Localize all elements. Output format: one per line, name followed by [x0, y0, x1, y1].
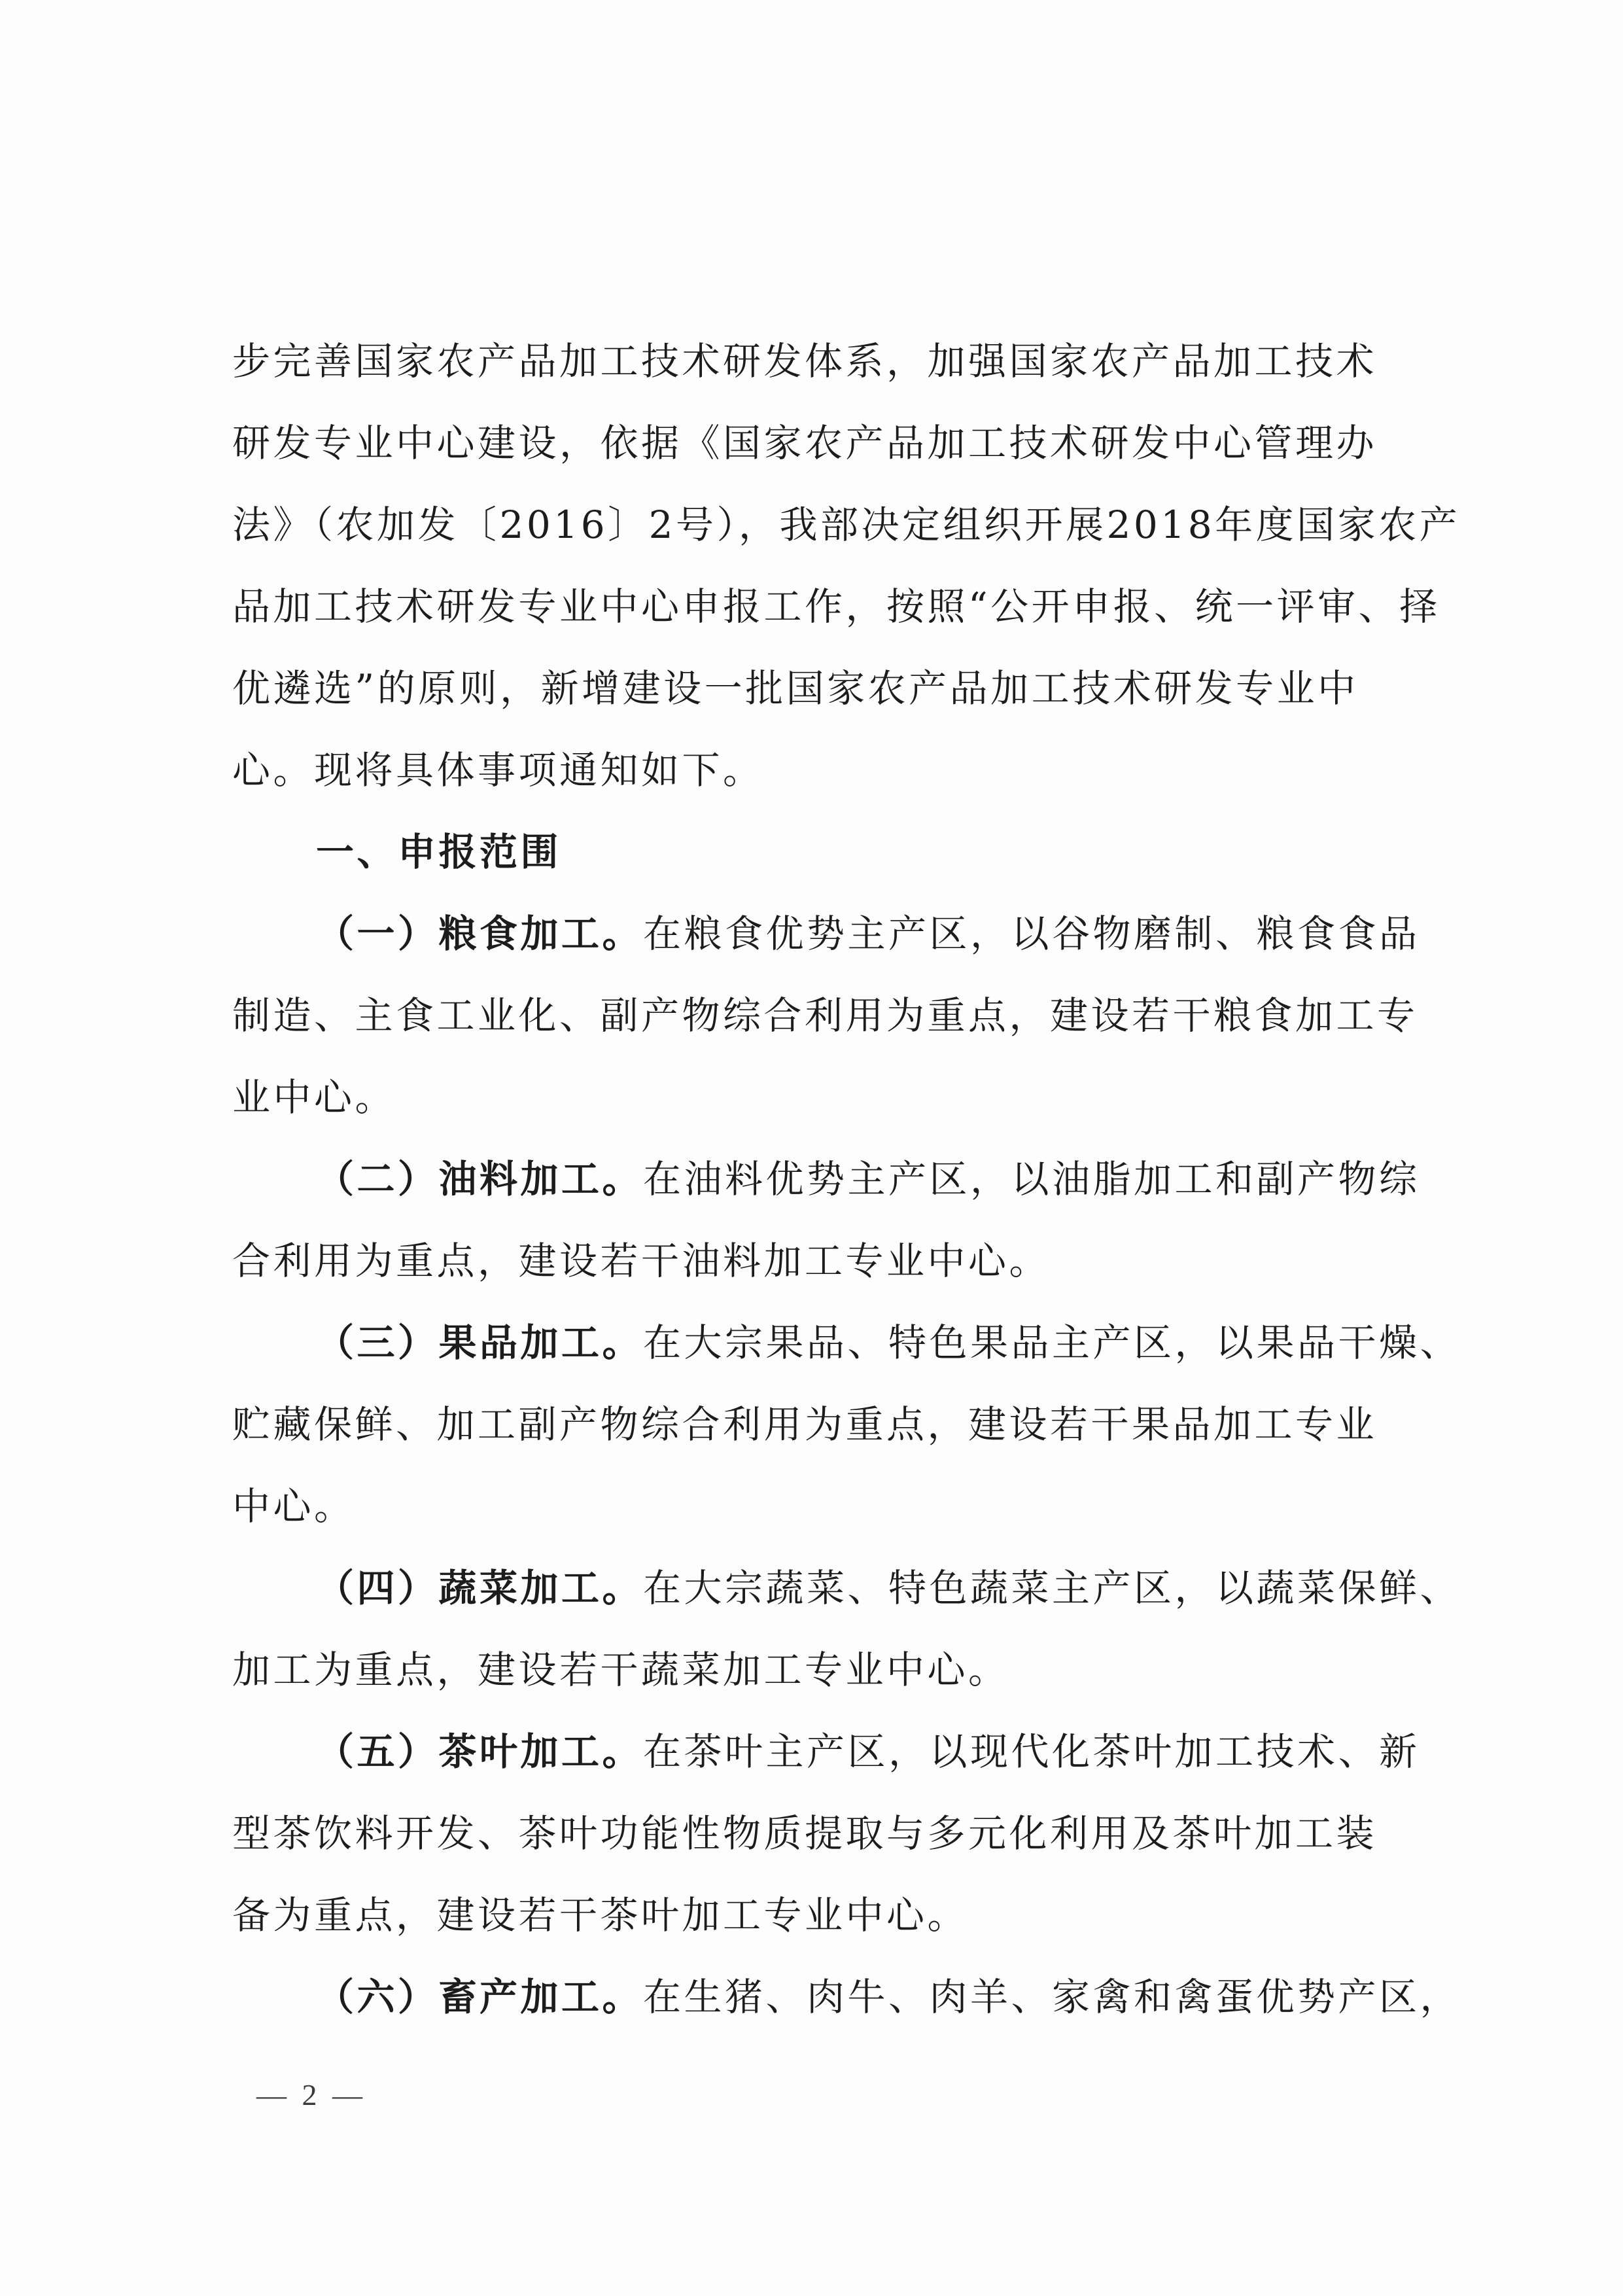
- item-text: 在茶叶主产区，以现代化茶叶加工技术、新: [643, 1729, 1420, 1774]
- item-label: （一）粮食加工。: [316, 911, 643, 956]
- item-text: 在粮食优势主产区，以谷物磨制、粮食食品: [643, 911, 1420, 956]
- list-item-fruit: （三）果品加工。在大宗果品、特色果品主产区，以果品干燥、: [232, 1302, 1390, 1384]
- item-continuation: 合利用为重点，建设若干油料加工专业中心。: [232, 1220, 1390, 1302]
- item-label: （四）蔬菜加工。: [316, 1566, 643, 1610]
- page-number: — 2 —: [256, 2077, 366, 2112]
- section-heading: 一、申报范围: [232, 811, 1390, 893]
- paragraph-line: 心。现将具体事项通知如下。: [232, 730, 1390, 811]
- item-text: 在油料优势主产区，以油脂加工和副产物综: [643, 1157, 1420, 1201]
- item-label: （三）果品加工。: [316, 1320, 643, 1365]
- item-continuation: 制造、主食工业化、副产物综合利用为重点，建设若干粮食加工专: [232, 975, 1390, 1057]
- item-label: （五）茶叶加工。: [316, 1729, 643, 1774]
- item-label: （二）油料加工。: [316, 1157, 643, 1201]
- item-continuation: 加工为重点，建设若干蔬菜加工专业中心。: [232, 1629, 1390, 1711]
- item-continuation: 型茶饮料开发、茶叶功能性物质提取与多元化利用及茶叶加工装: [232, 1793, 1390, 1875]
- list-item-oil: （二）油料加工。在油料优势主产区，以油脂加工和副产物综: [232, 1139, 1390, 1220]
- item-continuation: 备为重点，建设若干茶叶加工专业中心。: [232, 1875, 1390, 1956]
- paragraph-line: 法》（农加发〔2016〕2号），我部决定组织开展2018年度国家农产: [232, 484, 1390, 566]
- item-text: 在大宗蔬菜、特色蔬菜主产区，以蔬菜保鲜、: [643, 1566, 1461, 1610]
- item-continuation: 贮藏保鲜、加工副产物综合利用为重点，建设若干果品加工专业: [232, 1384, 1390, 1466]
- item-continuation: 中心。: [232, 1466, 1390, 1547]
- list-item-grain: （一）粮食加工。在粮食优势主产区，以谷物磨制、粮食食品: [232, 893, 1390, 975]
- list-item-livestock: （六）畜产加工。在生猪、肉牛、肉羊、家禽和禽蛋优势产区，: [232, 1956, 1390, 2038]
- item-label: （六）畜产加工。: [316, 1975, 643, 2019]
- item-text: 在大宗果品、特色果品主产区，以果品干燥、: [643, 1320, 1461, 1365]
- item-text: 在生猪、肉牛、肉羊、家禽和禽蛋优势产区，: [643, 1975, 1461, 2019]
- paragraph-line: 研发专业中心建设，依据《国家农产品加工技术研发中心管理办: [232, 402, 1390, 484]
- document-page: 步完善国家农产品加工技术研发体系，加强国家农产品加工技术 研发专业中心建设，依据…: [0, 0, 1623, 2296]
- list-item-tea: （五）茶叶加工。在茶叶主产区，以现代化茶叶加工技术、新: [232, 1711, 1390, 1793]
- document-body: 步完善国家农产品加工技术研发体系，加强国家农产品加工技术 研发专业中心建设，依据…: [232, 321, 1390, 2038]
- paragraph-line: 步完善国家农产品加工技术研发体系，加强国家农产品加工技术: [232, 321, 1390, 402]
- list-item-vegetable: （四）蔬菜加工。在大宗蔬菜、特色蔬菜主产区，以蔬菜保鲜、: [232, 1547, 1390, 1629]
- paragraph-line: 品加工技术研发专业中心申报工作，按照“公开申报、统一评审、择: [232, 566, 1390, 648]
- item-continuation: 业中心。: [232, 1057, 1390, 1139]
- paragraph-line: 优遴选”的原则，新增建设一批国家农产品加工技术研发专业中: [232, 648, 1390, 730]
